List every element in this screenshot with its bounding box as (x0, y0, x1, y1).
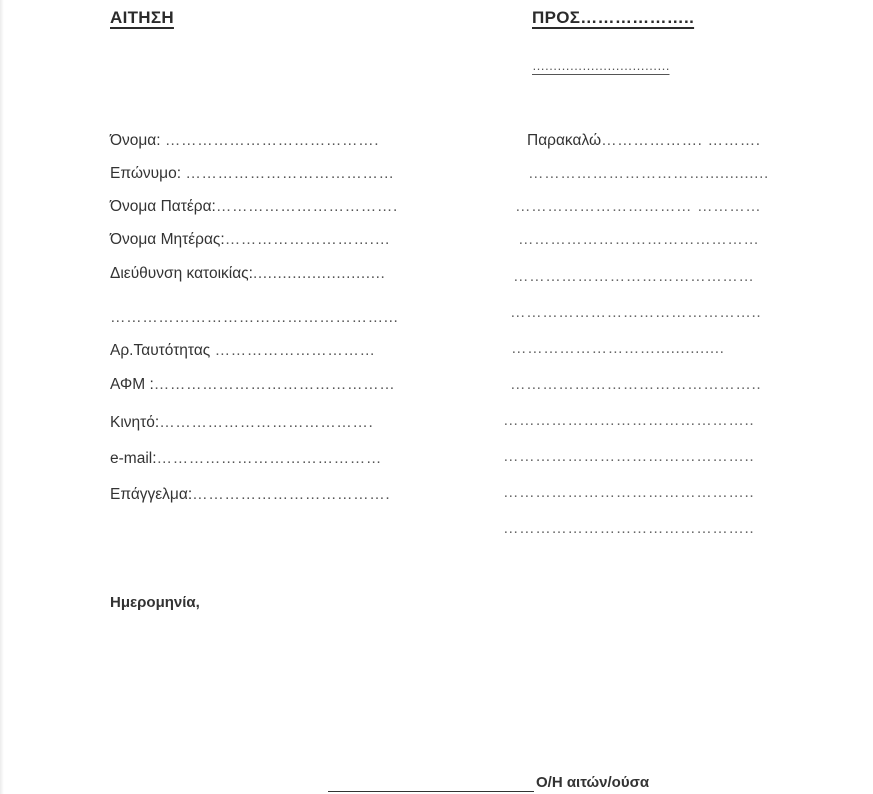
request-line: ……………………………………….. (503, 520, 754, 538)
field-mother-name: Όνομα Μητέρας:……………………….… (110, 231, 391, 249)
recipient-line: …………………………… (532, 58, 670, 73)
field-blank: …………………………………… (157, 450, 382, 467)
recipient-label: ΠΡΟΣ……………….. (532, 8, 694, 28)
field-blank: ………………………………… (185, 165, 394, 182)
field-label: Αρ.Ταυτότητας (110, 342, 215, 359)
field-email: e-mail:…………………………………… (110, 450, 382, 468)
field-blank: …………………………………. (159, 414, 373, 431)
scan-edge-shade (0, 0, 4, 794)
field-label: Όνομα Μητέρας: (110, 231, 225, 248)
request-line: ……………………………............. (528, 165, 769, 183)
field-id-number: Αρ.Ταυτότητας ………………………… (110, 342, 376, 360)
field-blank: ........................... (253, 265, 385, 282)
request-line: ……………………………………….. (510, 376, 761, 394)
field-last-name: Επώνυμο: ………………………………… (110, 165, 395, 183)
document-title: ΑΙΤΗΣΗ (110, 8, 174, 28)
request-line: ……………………….............. (511, 340, 725, 358)
field-tax-id: ΑΦΜ :……………………………………… (110, 376, 395, 394)
request-line: ……………………………………….. (503, 412, 754, 430)
field-blank: ……………………………………………... (110, 309, 398, 326)
request-blank: ………………. ………. (601, 132, 761, 149)
field-label: Όνομα Πατέρα: (110, 198, 216, 215)
request-line: ……………………………………… (513, 268, 755, 286)
field-blank: ……………………….… (225, 231, 391, 248)
field-blank: ……………………………. (216, 198, 398, 215)
field-blank: ………………………………. (192, 486, 390, 503)
field-label: Επώνυμο: (110, 165, 185, 182)
request-line: …………………………… ………… (515, 198, 761, 216)
field-occupation: Επάγγελμα:………………………………. (110, 486, 390, 504)
request-intro: Παρακαλώ………………. ………. (527, 132, 761, 150)
field-blank: …………………………………. (165, 132, 379, 149)
field-label: ΑΦΜ : (110, 376, 154, 393)
field-blank: ………………………… (215, 342, 376, 359)
field-first-name: Όνομα: …………………………………. (110, 132, 379, 150)
signature-line (328, 791, 534, 792)
signature-label: Ο/Η αιτών/ούσα (536, 774, 649, 791)
field-label: Όνομα: (110, 132, 165, 149)
request-line: ……………………………………….. (510, 304, 761, 322)
field-label: e-mail: (110, 450, 157, 467)
field-label: Διεύθυνση κατοικίας: (110, 265, 253, 282)
field-address-continued: ……………………………………………... (110, 309, 398, 327)
field-address: Διεύθυνση κατοικίας:....................… (110, 265, 385, 283)
request-line: ……………………………………….. (503, 448, 754, 466)
request-label: Παρακαλώ (527, 132, 601, 149)
date-label: Ημερομηνία, (110, 594, 200, 611)
field-mobile: Κινητό:…………………………………. (110, 414, 373, 432)
field-father-name: Όνομα Πατέρα:……………………………. (110, 198, 398, 216)
request-line: ……………………………………… (518, 231, 760, 249)
request-line: ……………………………………….. (503, 484, 754, 502)
field-blank: ……………………………………… (154, 376, 396, 393)
field-label: Επάγγελμα: (110, 486, 192, 503)
field-label: Κινητό: (110, 414, 159, 431)
